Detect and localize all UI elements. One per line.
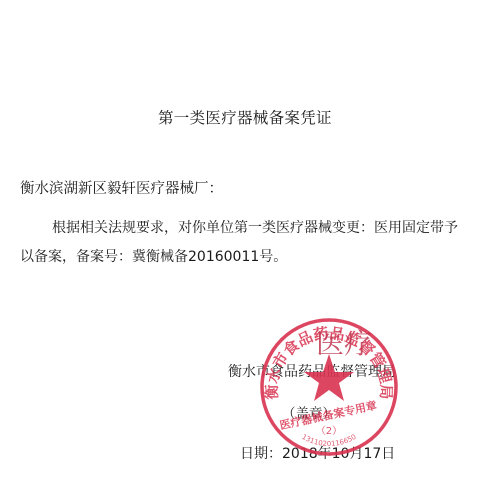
- addressee: 衡水滨湖新区毅轩医疗器械厂：: [20, 177, 223, 198]
- body-line-1: 根据相关法规要求，对你单位第一类医疗器械变更：医用固定带予: [52, 217, 458, 237]
- body-line-2: 以备案，备案号：冀衡械备20160011号。: [20, 246, 287, 266]
- stamp-number-text: （2）: [316, 425, 342, 437]
- watermark-text: 医疗: [316, 322, 372, 362]
- document-title: 第一类医疗器械备案凭证: [158, 106, 332, 128]
